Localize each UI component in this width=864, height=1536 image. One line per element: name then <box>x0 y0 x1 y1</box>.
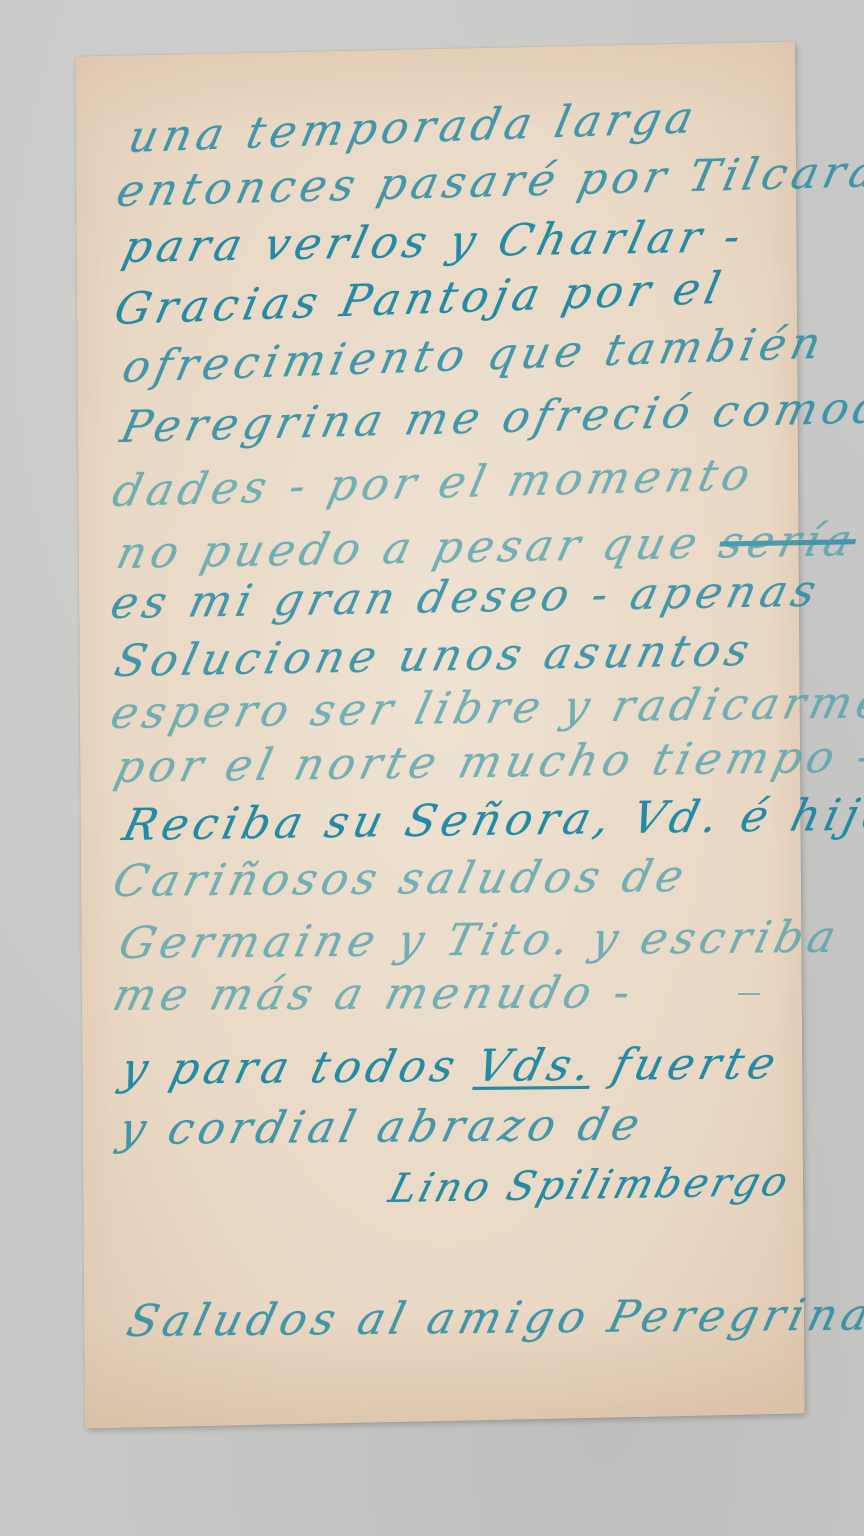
letter-line-18: y cordial abrazo de <box>114 1099 649 1155</box>
letter-line-17-before: y para todos <box>116 1041 484 1095</box>
letter-line-16: me más a menudo - <box>108 967 641 1021</box>
letter-line-15: Germaine y Tito. y escriba <box>114 912 846 969</box>
letter-line-11: espero ser libre y radicarme <box>106 677 864 739</box>
letter-line-17: y para todos Vds. fuerte <box>116 1038 785 1095</box>
signature: Lino Spilimbergo <box>384 1159 796 1212</box>
underlined-word: Vds. <box>472 1040 601 1092</box>
trailing-dash-mark <box>738 993 760 995</box>
struck-out-word: sería <box>714 515 861 568</box>
letter-line-13: Reciba su Señora, Vd. é hijos <box>118 789 864 851</box>
postscript: Saludos al amigo Peregrina. <box>122 1289 864 1347</box>
letter-line-14: Cariñosos saludos de <box>108 851 694 907</box>
background-surface: una temporada larga entonces pasaré por … <box>0 0 864 1536</box>
letter-line-12: por el norte mucho tiempo - <box>110 731 864 793</box>
letter-line-17-after: fuerte <box>588 1038 785 1091</box>
